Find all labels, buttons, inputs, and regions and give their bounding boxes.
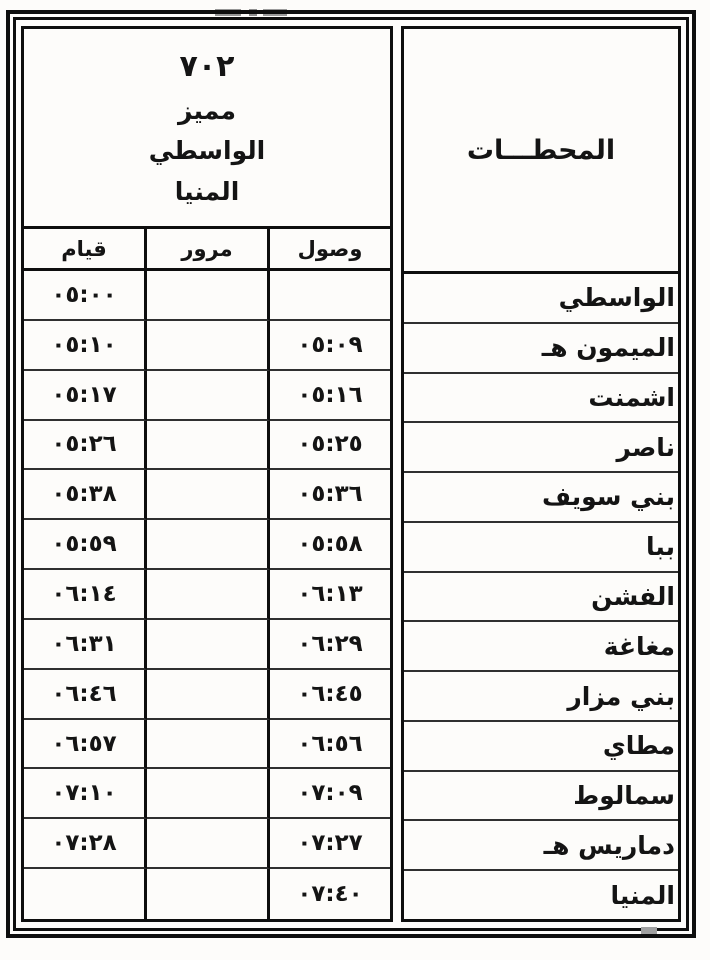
passing-cell bbox=[147, 321, 270, 371]
train-class: مميز bbox=[178, 96, 236, 125]
stations-rows: الواسطيالميمون هـاشمنتناصربني سويفبباالف… bbox=[404, 274, 678, 919]
departure-cell: ٠٥:١٠ bbox=[24, 321, 147, 371]
scan-artifact-bottom bbox=[641, 927, 657, 934]
station-row: ناصر bbox=[404, 423, 678, 473]
passing-cell bbox=[147, 271, 270, 321]
station-name: الميمون هـ bbox=[542, 333, 675, 362]
stations-header-label: المحطـــات bbox=[467, 135, 615, 166]
timetable-row: ٠٧:٢٧٠٧:٢٨ bbox=[24, 819, 390, 869]
station-name: ببا bbox=[646, 532, 675, 561]
timetable-row: ٠٥:٣٦٠٥:٣٨ bbox=[24, 470, 390, 520]
stations-column: المحطـــات الواسطيالميمون هـاشمنتناصربني… bbox=[401, 26, 681, 922]
departure-cell: ٠٦:٥٧ bbox=[24, 720, 147, 770]
timetable-row: ٠٦:٢٩٠٦:٣١ bbox=[24, 620, 390, 670]
arrival-cell bbox=[270, 271, 390, 321]
table-frame: المحطـــات الواسطيالميمون هـاشمنتناصربني… bbox=[6, 10, 696, 938]
station-row: ببا bbox=[404, 523, 678, 573]
departure-cell: ٠٦:٣١ bbox=[24, 620, 147, 670]
arrival-cell: ٠٧:٠٩ bbox=[270, 769, 390, 819]
timetable-row: ٠٧:٤٠ bbox=[24, 869, 390, 919]
departure-cell: ٠٦:٤٦ bbox=[24, 670, 147, 720]
departure-cell: ٠٦:١٤ bbox=[24, 570, 147, 620]
station-name: المنيا bbox=[610, 881, 675, 910]
departure-cell: ٠٥:٥٩ bbox=[24, 520, 147, 570]
passing-cell bbox=[147, 570, 270, 620]
station-name: ناصر bbox=[617, 433, 675, 462]
station-name: الفشن bbox=[591, 582, 675, 611]
train-origin: الواسطي bbox=[149, 136, 265, 165]
arrival-cell: ٠٥:٠٩ bbox=[270, 321, 390, 371]
timetable-row: ٠٦:١٣٠٦:١٤ bbox=[24, 570, 390, 620]
timetable-row: ٠٥:٥٨٠٥:٥٩ bbox=[24, 520, 390, 570]
arrival-cell: ٠٦:٤٥ bbox=[270, 670, 390, 720]
station-row: مطاي bbox=[404, 722, 678, 772]
timetable-row: ٠٧:٠٩٠٧:١٠ bbox=[24, 769, 390, 819]
station-row: سمالوط bbox=[404, 772, 678, 822]
timetable-row: ٠٥:١٦٠٥:١٧ bbox=[24, 371, 390, 421]
table-frame-inner: المحطـــات الواسطيالميمون هـاشمنتناصربني… bbox=[13, 17, 689, 931]
station-name: مغاغة bbox=[604, 632, 675, 661]
arrival-cell: ٠٥:٢٥ bbox=[270, 421, 390, 471]
station-row: بني سويف bbox=[404, 473, 678, 523]
timetable-row: ٠٦:٥٦٠٦:٥٧ bbox=[24, 720, 390, 770]
arrival-cell: ٠٥:٥٨ bbox=[270, 520, 390, 570]
arrival-cell: ٠٧:٢٧ bbox=[270, 819, 390, 869]
passing-cell bbox=[147, 520, 270, 570]
arrival-cell: ٠٦:٥٦ bbox=[270, 720, 390, 770]
passing-cell bbox=[147, 421, 270, 471]
train-header: ٧٠٢ مميز الواسطي المنيا bbox=[24, 29, 390, 229]
station-name: الواسطي bbox=[559, 283, 675, 312]
passing-header: مرور bbox=[147, 229, 270, 268]
station-row: الميمون هـ bbox=[404, 324, 678, 374]
station-row: مغاغة bbox=[404, 622, 678, 672]
arrival-header: وصول bbox=[270, 229, 390, 268]
station-name: بني سويف bbox=[542, 482, 675, 511]
arrival-cell: ٠٦:٢٩ bbox=[270, 620, 390, 670]
passing-cell bbox=[147, 470, 270, 520]
columns-header-row: وصول مرور قيام bbox=[24, 229, 390, 271]
arrival-cell: ٠٥:٣٦ bbox=[270, 470, 390, 520]
departure-header: قيام bbox=[24, 229, 147, 268]
station-name: سمالوط bbox=[573, 781, 675, 810]
station-name: دماريس هـ bbox=[544, 831, 675, 860]
times-section: ٧٠٢ مميز الواسطي المنيا وصول مرور قيام ٠… bbox=[21, 26, 393, 922]
passing-cell bbox=[147, 869, 270, 919]
departure-cell: ٠٥:٠٠ bbox=[24, 271, 147, 321]
station-row: الفشن bbox=[404, 573, 678, 623]
time-rows: ٠٥:٠٠٠٥:٠٩٠٥:١٠٠٥:١٦٠٥:١٧٠٥:٢٥٠٥:٢٦٠٥:٣٦… bbox=[24, 271, 390, 919]
station-row: اشمنت bbox=[404, 374, 678, 424]
passing-cell bbox=[147, 819, 270, 869]
passing-cell bbox=[147, 371, 270, 421]
passing-cell bbox=[147, 620, 270, 670]
timetable-row: ٠٥:٠٩٠٥:١٠ bbox=[24, 321, 390, 371]
timetable-row: ٠٥:٢٥٠٥:٢٦ bbox=[24, 421, 390, 471]
timetable-row: ٠٦:٤٥٠٦:٤٦ bbox=[24, 670, 390, 720]
passing-cell bbox=[147, 720, 270, 770]
departure-cell: ٠٧:١٠ bbox=[24, 769, 147, 819]
timetable-row: ٠٥:٠٠ bbox=[24, 271, 390, 321]
passing-cell bbox=[147, 769, 270, 819]
departure-cell bbox=[24, 869, 147, 919]
departure-cell: ٠٥:٣٨ bbox=[24, 470, 147, 520]
train-number: ٧٠٢ bbox=[180, 49, 235, 84]
station-row: دماريس هـ bbox=[404, 821, 678, 871]
departure-cell: ٠٧:٢٨ bbox=[24, 819, 147, 869]
station-row: الواسطي bbox=[404, 274, 678, 324]
station-name: اشمنت bbox=[588, 383, 675, 412]
station-name: مطاي bbox=[603, 731, 675, 760]
arrival-cell: ٠٦:١٣ bbox=[270, 570, 390, 620]
timetable-sheet: المحطـــات الواسطيالميمون هـاشمنتناصربني… bbox=[0, 0, 710, 960]
stations-header: المحطـــات bbox=[404, 29, 678, 274]
station-row: بني مزار bbox=[404, 672, 678, 722]
arrival-cell: ٠٧:٤٠ bbox=[270, 869, 390, 919]
departure-cell: ٠٥:١٧ bbox=[24, 371, 147, 421]
passing-cell bbox=[147, 670, 270, 720]
arrival-cell: ٠٥:١٦ bbox=[270, 371, 390, 421]
station-name: بني مزار bbox=[567, 682, 675, 711]
departure-cell: ٠٥:٢٦ bbox=[24, 421, 147, 471]
station-row: المنيا bbox=[404, 871, 678, 919]
train-destination: المنيا bbox=[175, 177, 240, 206]
